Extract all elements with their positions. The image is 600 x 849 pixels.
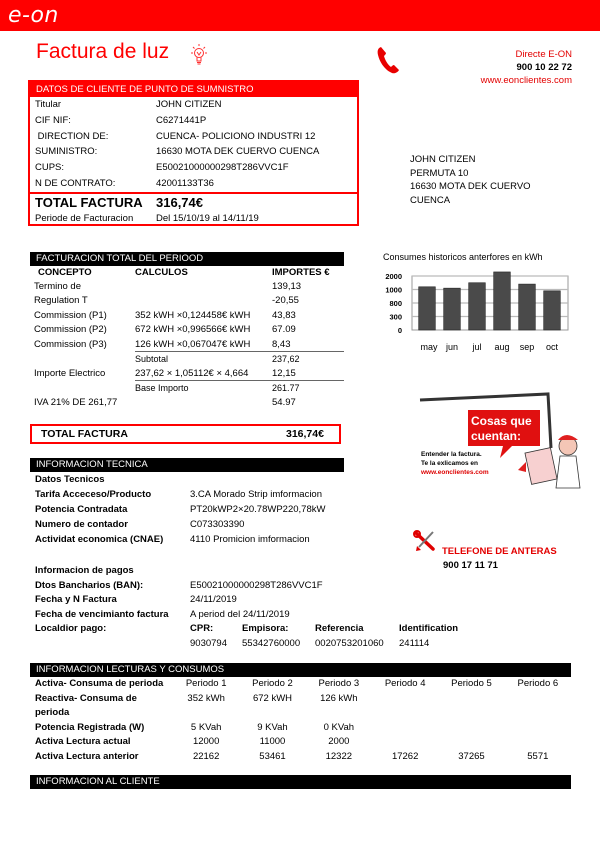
billing-row: IVA 21% DE 261,7754.97 — [30, 395, 344, 410]
payment-row: Fecha de vencimianto facturaA period del… — [30, 608, 510, 623]
technical-info: INFORMACION TECNICA Datos Tecnicos Tarif… — [30, 458, 344, 547]
readings-consumption: INFORMACION LECTURAS Y CONSUMOS Activa- … — [30, 663, 571, 764]
client-box-header: DATOS DE CLIENTE DE PUNTO DE SUMNISTRO — [30, 82, 357, 97]
payment-value: A period del 24/11/2019 — [190, 608, 290, 623]
promo-headline: cuentan: — [471, 429, 521, 443]
technical-label: Potencia Contradata — [35, 502, 190, 517]
readings-value: 672 kWH — [239, 692, 305, 721]
tools-icon — [413, 530, 437, 552]
readings-value: 5571 — [505, 750, 571, 765]
readings-value: 11000 — [239, 735, 305, 750]
client-row-value: E50021000000298T286VVC1F — [156, 160, 289, 176]
readings-value — [505, 721, 571, 736]
technical-value: 3.CA Morado Strip imformacion — [190, 487, 322, 502]
client-row-label: Titular — [35, 97, 156, 113]
technical-info-header: INFORMACION TECNICA — [30, 458, 344, 472]
readings-value — [505, 735, 571, 750]
payment-subheader-label: Informacion de pagos — [35, 564, 190, 579]
readings-value: Periodo 2 — [239, 677, 305, 692]
client-row-value: CUENCA- POLICIONO INDUSTRI 12 — [156, 129, 315, 145]
billing-amount: 43,83 — [272, 308, 344, 323]
payment-label: Localdior pago: — [35, 622, 190, 637]
technical-value: C073303390 — [190, 517, 244, 532]
lightbulb-icon — [190, 42, 208, 66]
billing-concept: Commission (P2) — [30, 323, 135, 338]
billing-row: Commission (P1)352 kWH ×0,124458€ kWH43,… — [30, 308, 344, 323]
technical-row: Actividat economica (CNAE)4110 Promicion… — [30, 532, 344, 547]
total-value: 316,74€ — [156, 194, 203, 212]
readings-value — [372, 735, 438, 750]
contact-phone: 900 10 22 72 — [481, 61, 572, 74]
client-row: SUMINISTRO:16630 MOTA DEK CUERVO CUENCA — [30, 144, 357, 160]
billing-period-row: Periode de FacturacionDel 15/10/19 al 14… — [30, 212, 357, 227]
billing-calc — [135, 395, 272, 410]
address-line: JOHN CITIZEN — [410, 153, 531, 167]
payment-column-header: Empisora: — [242, 622, 315, 637]
client-row-value: JOHN CITIZEN — [156, 97, 221, 113]
address-line: PERMUTA 10 — [410, 167, 531, 181]
billing-amount: 54.97 — [272, 395, 344, 410]
customer-info: INFORMACION AL CLIENTE — [30, 775, 571, 789]
svg-text:2000: 2000 — [385, 272, 402, 281]
svg-text:800: 800 — [389, 299, 402, 308]
billing-calc: 126 kWH ×0,067047€ kWH — [135, 337, 272, 352]
client-row: CUPS:E50021000000298T286VVC1F — [30, 160, 357, 176]
payment-column-header: CPR: — [190, 622, 242, 637]
phone-icon — [376, 45, 400, 75]
readings-label: Activa Lectura actual — [30, 735, 173, 750]
client-row-value: C6271441P — [156, 113, 206, 129]
readings-value — [438, 721, 504, 736]
readings-label: Activa Lectura anterior — [30, 750, 173, 765]
period-label: Periode de Facturacion — [35, 212, 156, 227]
billing-concept: Regulation T — [30, 294, 135, 309]
technical-value: PT20kWP2×20.78WP220,78kW — [190, 502, 325, 517]
payment-location-values: 9030794 55342760000 0020753201060 241114 — [190, 637, 469, 652]
payment-value: E50021000000298T286VVC1F — [190, 579, 323, 594]
client-row-label: N DE CONTRATO: — [35, 176, 156, 192]
readings-value: 9 KVah — [239, 721, 305, 736]
promo-link: www.eonclientes.com — [420, 469, 489, 476]
payment-column-value: 55342760000 — [242, 637, 315, 652]
customer-info-header: INFORMACION AL CLIENTE — [30, 775, 571, 789]
billing-amount: 237,62 — [272, 352, 344, 367]
billing-concept: Commission (P1) — [30, 308, 135, 323]
billing-summary-header: FACTURACION TOTAL DEL PERIOOD — [30, 252, 344, 266]
technical-subheader: Datos Tecnicos — [30, 472, 344, 487]
billing-concept: IVA 21% DE 261,77 — [30, 395, 135, 410]
promo-text: Entender la factura. — [421, 451, 482, 458]
readings-header: INFORMACION LECTURAS Y CONSUMOS — [30, 663, 571, 677]
readings-value — [372, 692, 438, 721]
readings-row: Activa Lectura actual12000110002000 — [30, 735, 571, 750]
total-label: TOTAL FACTURA — [35, 194, 156, 212]
payment-column-value: 241114 — [399, 637, 469, 652]
billing-amount: -20,55 — [272, 294, 344, 309]
readings-table: Activa- Consuma de periodaPeriodo 1Perio… — [30, 677, 571, 764]
technical-row: Potencia ContradataPT20kWP2×20.78WP220,7… — [30, 502, 344, 517]
readings-value — [372, 721, 438, 736]
billing-calc: 672 kWH ×0,996566€ kWH — [135, 323, 272, 338]
readings-value: 0 KVah — [306, 721, 372, 736]
readings-value — [505, 692, 571, 721]
readings-value: 126 kWh — [306, 692, 372, 721]
payment-value: 24/11/2019 — [190, 593, 237, 608]
payment-label: Dtos Bancharios (BAN): — [35, 579, 190, 594]
billing-amount: 67.09 — [272, 323, 344, 338]
billing-table: CONCEPTO CALCULOS IMPORTES € Termino de1… — [30, 266, 344, 410]
payment-location-headers: CPR: Empisora: Referencia Identification — [190, 622, 469, 637]
promo-banner[interactable]: Cosas que cuentan: Entender la factura. … — [408, 388, 583, 496]
period-value: Del 15/10/19 al 14/11/19 — [156, 212, 259, 227]
client-row-value: 16630 MOTA DEK CUERVO CUENCA — [156, 144, 319, 160]
contact-info: Directe E-ON 900 10 22 72 www.eoncliente… — [481, 48, 572, 87]
readings-value: Periodo 5 — [438, 677, 504, 692]
technical-label: Actividat economica (CNAE) — [35, 532, 190, 547]
billing-concept — [30, 352, 135, 367]
client-row-label: CIF NIF: — [35, 113, 156, 129]
client-row-label: DIRECTION DE: — [35, 129, 156, 145]
readings-label: Potencia Registrada (W) — [30, 721, 173, 736]
billing-table-header: CONCEPTO CALCULOS IMPORTES € — [30, 266, 344, 279]
technical-row: Tarifa Acceceso/Producto3.CA Morado Stri… — [30, 487, 344, 502]
billing-row: Base Importo261.77 — [30, 381, 344, 396]
contact-website-link[interactable]: www.eonclientes.com — [481, 74, 572, 87]
billing-row: Termino de139,13 — [30, 279, 344, 294]
client-total-row: TOTAL FACTURA316,74€ — [30, 194, 357, 212]
svg-text:jun: jun — [445, 342, 458, 352]
technical-label: Tarifa Acceceso/Producto — [35, 487, 190, 502]
readings-label: Reactiva- Consuma de perioda — [30, 692, 173, 721]
readings-value — [438, 692, 504, 721]
invoice-total-box: TOTAL FACTURA 316,74€ — [30, 424, 341, 444]
client-data-box: DATOS DE CLIENTE DE PUNTO DE SUMNISTRO T… — [28, 80, 359, 226]
billing-row: Subtotal237,62 — [30, 352, 344, 367]
chart-title: Consumes historicos anterfores en kWh — [383, 252, 543, 262]
invoice-total-value: 316,74€ — [286, 428, 324, 440]
payment-label: Fecha y N Factura — [35, 593, 190, 608]
payment-column-header: Referencia — [315, 622, 399, 637]
readings-row: Activa- Consuma de periodaPeriodo 1Perio… — [30, 677, 571, 692]
readings-value: 12000 — [173, 735, 239, 750]
readings-value: 53461 — [239, 750, 305, 765]
readings-row: Activa Lectura anterior22162534611232217… — [30, 750, 571, 765]
client-row: TitularJOHN CITIZEN — [30, 97, 357, 113]
readings-value: Periodo 3 — [306, 677, 372, 692]
readings-row: Reactiva- Consuma de perioda352 kWh672 k… — [30, 692, 571, 721]
document-title: Factura de luz — [36, 40, 169, 64]
readings-value: Periodo 1 — [173, 677, 239, 692]
eon-logo: e-on — [8, 3, 59, 28]
readings-value: 2000 — [306, 735, 372, 750]
technical-label: Numero de contador — [35, 517, 190, 532]
readings-value: 17262 — [372, 750, 438, 765]
readings-value — [438, 735, 504, 750]
technical-row: Numero de contadorC073303390 — [30, 517, 344, 532]
invoice-total-label: TOTAL FACTURA — [32, 428, 286, 440]
svg-text:300: 300 — [389, 313, 402, 322]
billing-calc: Subtotal — [135, 352, 272, 367]
payment-label: Fecha de vencimianto factura — [35, 608, 190, 623]
billing-summary: FACTURACION TOTAL DEL PERIOOD CONCEPTO C… — [30, 252, 344, 410]
payment-location-row: Localdior pago: CPR: Empisora: Referenci… — [30, 622, 510, 637]
svg-text:sep: sep — [520, 342, 535, 352]
billing-row: Commission (P3)126 kWH ×0,067047€ kWH8,4… — [30, 337, 344, 352]
billing-concept: Importe Electrico — [30, 366, 135, 381]
svg-text:may: may — [420, 342, 438, 352]
readings-value: 22162 — [173, 750, 239, 765]
svg-text:oct: oct — [546, 342, 559, 352]
readings-value: Periodo 6 — [505, 677, 571, 692]
readings-value: 352 kWh — [173, 692, 239, 721]
address-line: 16630 MOTA DEK CUERVO — [410, 180, 531, 194]
payment-row: Fecha y N Factura24/11/2019 — [30, 593, 510, 608]
payment-location-values-row: 9030794 55342760000 0020753201060 241114 — [30, 637, 510, 652]
column-header: CALCULOS — [135, 266, 272, 279]
billing-row: Regulation T-20,55 — [30, 294, 344, 309]
billing-amount: 8,43 — [272, 337, 344, 352]
client-row: DIRECTION DE:CUENCA- POLICIONO INDUSTRI … — [30, 129, 357, 145]
billing-amount: 139,13 — [272, 279, 344, 294]
billing-calc — [135, 279, 272, 294]
assistance-label: TELEFONE DE ANTERAS — [442, 545, 557, 559]
client-row-label: CUPS: — [35, 160, 156, 176]
technical-value: 4110 Promicion imformacion — [190, 532, 310, 547]
payment-subheader: Informacion de pagos — [30, 564, 510, 579]
payment-column-value: 0020753201060 — [315, 637, 399, 652]
readings-value: 5 KVah — [173, 721, 239, 736]
client-row-label: SUMINISTRO: — [35, 144, 156, 160]
billing-calc: 352 kWH ×0,124458€ kWH — [135, 308, 272, 323]
svg-text:0: 0 — [398, 326, 402, 335]
promo-text: Te la exlicamos en — [421, 460, 478, 467]
billing-calc: Base Importo — [135, 381, 272, 396]
contact-label: Directe E-ON — [481, 48, 572, 61]
billing-concept: Termino de — [30, 279, 135, 294]
billing-calc: 237,62 × 1,05112€ × 4,664 — [135, 366, 272, 381]
address-line: CUENCA — [410, 194, 531, 208]
billing-calc — [135, 294, 272, 309]
svg-text:jul: jul — [471, 342, 481, 352]
column-header: IMPORTES € — [272, 266, 344, 279]
readings-value: 37265 — [438, 750, 504, 765]
billing-concept: Commission (P3) — [30, 337, 135, 352]
billing-concept — [30, 381, 135, 396]
billing-row: Importe Electrico237,62 × 1,05112€ × 4,6… — [30, 366, 344, 381]
svg-text:1000: 1000 — [385, 286, 402, 295]
brand-bar — [0, 0, 600, 31]
payment-column-header: Identification — [399, 622, 469, 637]
payment-info: Informacion de pagos Dtos Bancharios (BA… — [30, 564, 510, 651]
client-row: CIF NIF:C6271441P — [30, 113, 357, 129]
payment-row: Dtos Bancharios (BAN):E50021000000298T28… — [30, 579, 510, 594]
column-header: CONCEPTO — [30, 266, 135, 279]
consumption-history-chart: 030080010002000mayjunjulaugsepoct — [380, 268, 570, 358]
billing-amount: 12,15 — [272, 366, 344, 381]
svg-text:aug: aug — [494, 342, 509, 352]
readings-value: 12322 — [306, 750, 372, 765]
mailing-address: JOHN CITIZEN PERMUTA 10 16630 MOTA DEK C… — [410, 153, 531, 207]
billing-amount: 261.77 — [272, 381, 344, 396]
readings-label: Activa- Consuma de perioda — [30, 677, 173, 692]
client-row-value: 42001133T36 — [156, 176, 214, 192]
client-row: N DE CONTRATO:42001133T36 — [30, 176, 357, 192]
billing-row: Commission (P2)672 kWH ×0,996566€ kWH67.… — [30, 323, 344, 338]
readings-row: Potencia Registrada (W)5 KVah9 KVah0 KVa… — [30, 721, 571, 736]
payment-column-value: 9030794 — [190, 637, 242, 652]
readings-value: Periodo 4 — [372, 677, 438, 692]
promo-headline: Cosas que — [471, 414, 532, 428]
